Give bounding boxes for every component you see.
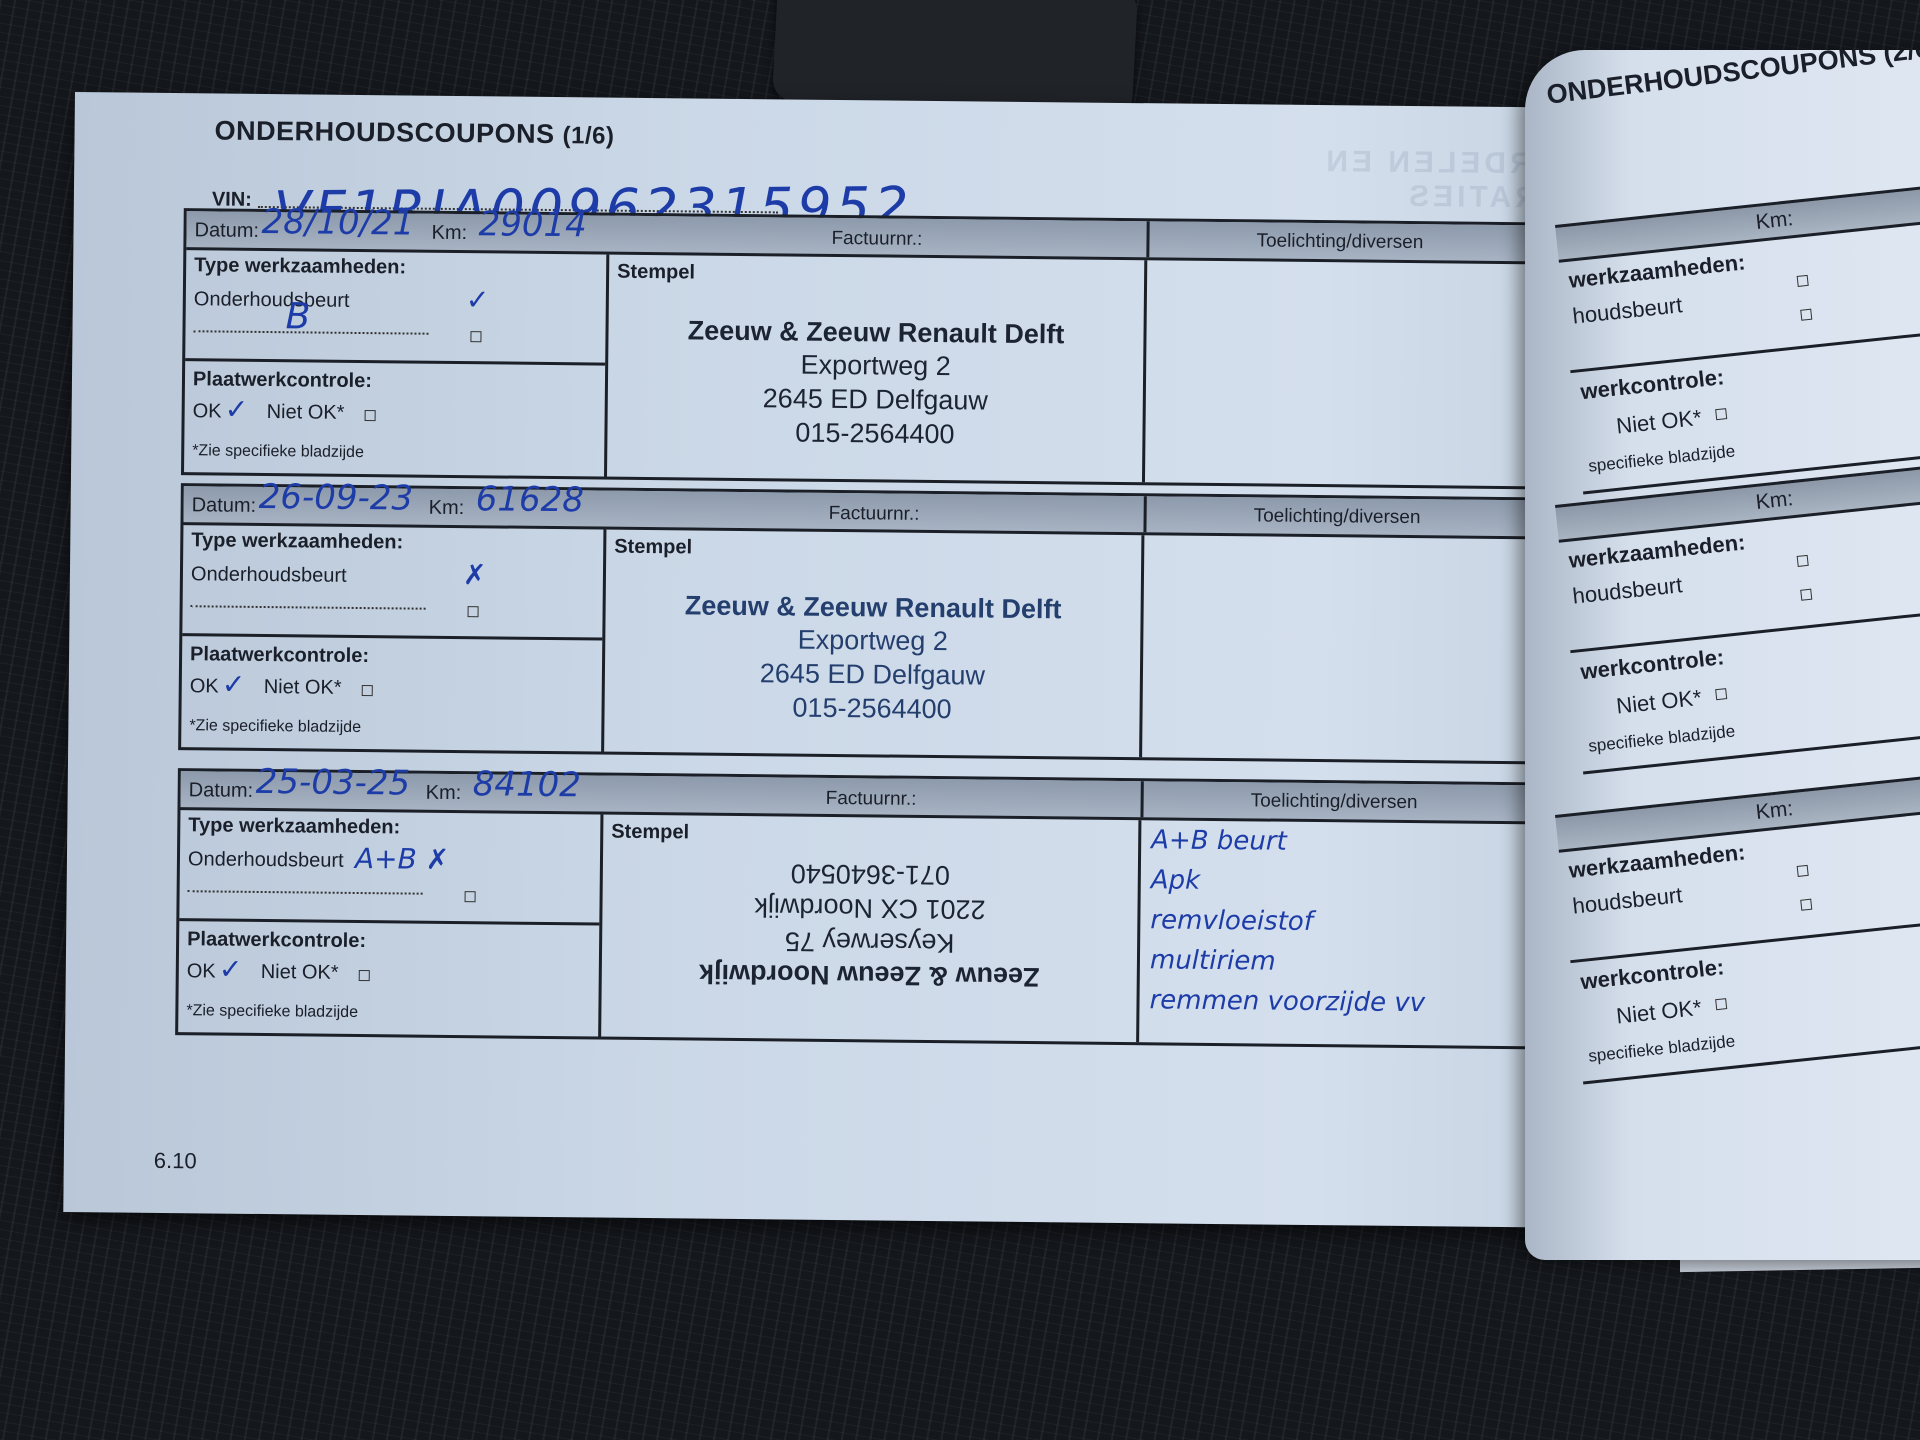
maintenance-coupon: Datum: 26-09-23 Km: 61628 Factuurnr.: To… [178,483,1637,765]
factuurnr-label: Factuurnr.: [826,788,917,811]
onderhoudsbeurt-check[interactable]: ✓ [466,283,490,316]
niet-ok-label: Niet OK* [1615,995,1703,1030]
maintenance-coupon: Datum: 25-03-25 Km: 84102 Factuurnr.: To… [175,768,1634,1050]
extra-checkbox[interactable] [470,331,481,342]
km-value[interactable]: 29014 [478,204,587,245]
footnote: *Zie specifieke bladzijde [189,717,361,737]
onderhoudsbeurt-label: houdsbeurt [1571,572,1683,609]
page-title-right: ONDERHOUDSCOUPONS (2/6) [1545,50,1920,111]
page-title: ONDERHOUDSCOUPONS (1/6) [214,115,614,150]
ok-check[interactable]: ✓ [225,393,249,426]
niet-ok-label: Niet OK* [261,961,339,985]
onderhoudsbeurt-label: houdsbeurt [1571,292,1683,329]
footnote: specifieke bladzijde [1587,721,1736,756]
km-label: Km: [426,782,462,805]
ok-check[interactable]: ✓ [222,668,246,701]
extra-checkbox[interactable] [465,891,476,902]
maintenance-page-left: ONDERDELEN EN REPARATIES ONDERHOUDSCOUPO… [63,92,1635,1228]
niet-ok-label: Niet OK* [1615,405,1703,440]
onderhoudsbeurt-checkbox[interactable] [1797,275,1809,287]
blank-coupon: Km: werkzaamheden: houdsbeurt werkcontro… [1555,767,1920,1085]
footnote: specifieke bladzijde [1587,1031,1736,1066]
plaatwerkcontrole-label: Plaatwerkcontrole: [187,928,366,953]
maintenance-page-right: ONDERHOUDSCOUPONS (2/6) Km: werkzaamhede… [1525,50,1920,1260]
km-label: Km: [431,222,467,245]
plaatwerkcontrole-label: Plaatwerkcontrole: [190,643,369,668]
toelichting-label: Toelichting/diversen [1251,790,1418,814]
km-label: Km: [1755,487,1795,515]
page-number: 6.10 [154,1148,197,1174]
maintenance-coupon: Datum: 28/10/21 Km: 29014 Factuurnr.: To… [181,208,1640,490]
niet-ok-checkbox[interactable] [1715,998,1727,1010]
type-werkzaamheden-label: Type werkzaamheden: [188,814,400,839]
extra-checkbox[interactable] [1800,309,1812,321]
factuurnr-label: Factuurnr.: [831,228,922,251]
extra-checkbox[interactable] [1800,899,1812,911]
onderhoudsbeurt-label: Onderhoudsbeurt [194,288,350,313]
onderhoudsbeurt-label: Onderhoudsbeurt [191,563,347,588]
datum-label: Datum: [192,494,257,518]
ok-label: OK [190,675,219,698]
type-werkzaamheden-label: Type werkzaamheden: [191,529,403,554]
km-label: Km: [1755,797,1795,825]
onderhoudsbeurt-check[interactable]: A+B ✗ [355,842,450,876]
km-value[interactable]: 61628 [476,479,585,520]
extra-line-value[interactable]: B [285,296,310,337]
dealer-stamp: Zeeuw & Zeeuw Noordwijk Keyserwey 75 220… [602,855,1138,994]
blank-coupon: Km: werkzaamheden: houdsbeurt werkcontro… [1555,177,1920,495]
dealer-stamp: Zeeuw & Zeeuw Renault Delft Exportweg 2 … [607,315,1143,454]
ok-check[interactable]: ✓ [219,953,243,986]
niet-ok-label: Niet OK* [267,401,345,425]
ok-label: OK [193,400,222,423]
datum-label: Datum: [194,219,259,243]
blank-coupon: Km: werkzaamheden: houdsbeurt werkcontro… [1555,457,1920,775]
niet-ok-checkbox[interactable] [362,685,373,696]
niet-ok-checkbox[interactable] [1715,408,1727,420]
plaatwerkcontrole-label: Plaatwerkcontrole: [193,368,372,393]
stempel-label: Stempel [611,821,689,845]
plaatwerkcontrole-label: werkcontrole: [1579,954,1725,995]
dealer-stamp: Zeeuw & Zeeuw Renault Delft Exportweg 2 … [604,590,1140,729]
niet-ok-checkbox[interactable] [365,410,376,421]
extra-checkbox[interactable] [468,606,479,617]
stempel-label: Stempel [617,261,695,285]
datum-label: Datum: [189,779,254,803]
niet-ok-label: Niet OK* [1615,685,1703,720]
footnote: *Zie specifieke bladzijde [186,1002,358,1022]
factuurnr-label: Factuurnr.: [829,503,920,526]
onderhoudsbeurt-label: houdsbeurt [1571,882,1683,919]
extra-checkbox[interactable] [1800,589,1812,601]
niet-ok-label: Niet OK* [264,676,342,700]
datum-value[interactable]: 25-03-25 [256,762,411,804]
niet-ok-checkbox[interactable] [359,970,370,981]
plaatwerkcontrole-label: werkcontrole: [1579,644,1725,685]
footnote: specifieke bladzijde [1587,441,1736,476]
ok-label: OK [187,960,216,983]
footnote: *Zie specifieke bladzijde [192,442,364,462]
onderhoudsbeurt-check[interactable]: ✗ [463,558,487,591]
datum-value[interactable]: 26-09-23 [259,477,414,519]
plaatwerkcontrole-label: werkcontrole: [1579,364,1725,405]
km-value[interactable]: 84102 [473,764,582,805]
onderhoudsbeurt-label: Onderhoudsbeurt [188,848,344,873]
km-label: Km: [429,497,465,520]
datum-value[interactable]: 28/10/21 [261,202,414,244]
toelichting-notes[interactable]: A+B beurtApkremvloeistofmultiriemremmen … [1149,820,1427,1023]
onderhoudsbeurt-checkbox[interactable] [1797,555,1809,567]
onderhoudsbeurt-checkbox[interactable] [1797,865,1809,877]
stempel-label: Stempel [614,536,692,560]
type-werkzaamheden-label: Type werkzaamheden: [194,254,406,279]
toelichting-label: Toelichting/diversen [1256,230,1423,254]
toelichting-label: Toelichting/diversen [1254,505,1421,529]
km-label: Km: [1755,207,1795,235]
niet-ok-checkbox[interactable] [1715,688,1727,700]
